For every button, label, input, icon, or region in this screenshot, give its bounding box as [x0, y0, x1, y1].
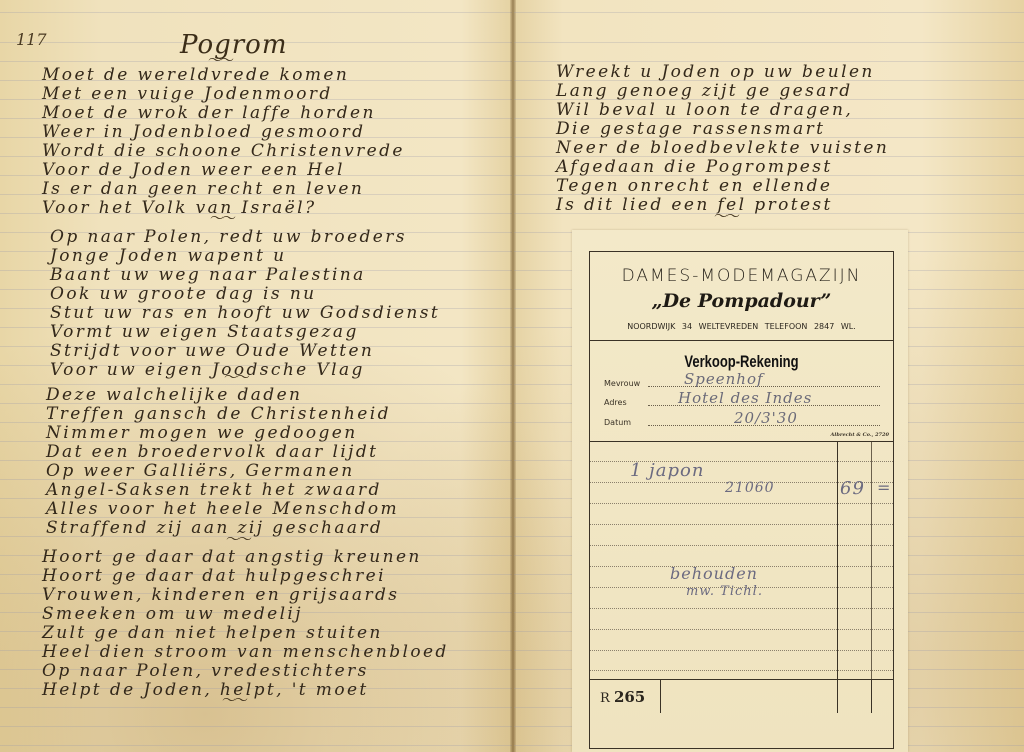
- poem-line: Deze walchelijke daden: [46, 386, 399, 405]
- receipt-frame: DAMES-MODEMAGAZIJN „De Pompadour” NOORDW…: [589, 251, 894, 749]
- poem-line: Moet de wereldvrede komen: [42, 66, 405, 85]
- poem-line: Weer in Jodenbloed gesmoord: [42, 123, 405, 142]
- item-amount: 69: [840, 478, 865, 499]
- adres-field: Adres Hotel des Indes: [604, 393, 880, 407]
- receipt-number-value: 265: [614, 688, 645, 706]
- poem-line: Hoort ge daar dat angstig kreunen: [42, 548, 449, 567]
- poem-line: Heel dien stroom van menschenbloed: [42, 643, 449, 662]
- stanza-flourish: 〜〜: [210, 216, 234, 222]
- poem-line: Op weer Galliërs, Germanen: [46, 462, 399, 481]
- poem-line: Afgedaan die Pogrompest: [556, 158, 889, 177]
- receipt-city: WELTEVREDEN: [699, 322, 759, 331]
- receipt-phone: TELEFOON 2847 WL.: [765, 322, 856, 331]
- poem-line: Vormt uw eigen Staatsgezag: [50, 323, 440, 342]
- poem-line: Die gestage rassensmart: [556, 120, 889, 139]
- datum-field: Datum 20/3'30: [604, 413, 880, 427]
- poem-line: Op naar Polen, redt uw broeders: [50, 228, 440, 247]
- ledger-row: [590, 629, 893, 630]
- poem-line: Voor de Joden weer een Hel: [42, 161, 405, 180]
- cents-column-separator: [871, 442, 872, 679]
- poem-line: Wil beval u loon te dragen,: [556, 101, 889, 120]
- footer-separator: [871, 679, 872, 713]
- ledger-row: [590, 670, 893, 671]
- poem-line: Zult ge dan niet helpen stuiten: [42, 624, 449, 643]
- receipt: DAMES-MODEMAGAZIJN „De Pompadour” NOORDW…: [572, 230, 908, 752]
- poem-line: Neer de bloedbevlekte vuisten: [556, 139, 889, 158]
- poem-line: Jonge Joden wapent u: [50, 247, 440, 266]
- poem-line: Hoort ge daar dat hulpgeschrei: [42, 567, 449, 586]
- receipt-footer-divider: [590, 679, 893, 680]
- mevrouw-label: Mevrouw: [604, 379, 640, 388]
- footer-separator: [837, 679, 838, 713]
- poem-line: Smeeken om uw medelij: [42, 605, 449, 624]
- poem-line: Tegen onrecht en ellende: [556, 177, 889, 196]
- end-flourish: 〜〜: [714, 214, 738, 220]
- stanza-4: Hoort ge daar dat angstig kreunen Hoort …: [42, 548, 449, 700]
- receipt-number-prefix: R: [600, 691, 610, 706]
- poem-line: Ook uw groote dag is nu: [50, 285, 440, 304]
- datum-label: Datum: [604, 418, 631, 427]
- stanza-1: Moet de wereldvrede komen Met een vuige …: [42, 66, 405, 218]
- stanza-flourish: 〜〜: [224, 375, 248, 381]
- ledger-row: [590, 545, 893, 546]
- receipt-divider: [590, 340, 893, 341]
- note-line-2: mw. Tichl.: [686, 584, 763, 599]
- stanza-flourish: 〜〜: [226, 537, 250, 543]
- stanza-3: Deze walchelijke daden Treffen gansch de…: [46, 386, 399, 538]
- item-description: 1 japon: [630, 460, 704, 481]
- receipt-address: NOORDWIJK 34 WELTEVREDEN TELEFOON 2847 W…: [590, 322, 893, 331]
- mevrouw-field: Mevrouw Speenhof: [604, 374, 880, 388]
- datum-value: 20/3'30: [734, 409, 798, 427]
- receipt-title: Verkoop-Rekening: [590, 352, 893, 371]
- adres-label: Adres: [604, 398, 627, 407]
- receipt-company: DAMES-MODEMAGAZIJN: [590, 266, 893, 286]
- dotted-line: [648, 386, 880, 387]
- poem-line: Met een vuige Jodenmoord: [42, 85, 405, 104]
- notebook-spread: 117 Pogrom 〜〜 Moet de wereldvrede komen …: [0, 0, 1024, 752]
- end-flourish: 〜〜: [222, 698, 246, 704]
- receipt-shop-name: „De Pompadour”: [590, 290, 893, 312]
- stanza-5: Wreekt u Joden op uw beulen Lang genoeg …: [556, 63, 889, 215]
- receipt-number: R 265: [600, 688, 645, 706]
- poem-line: Alles voor het heele Menschdom: [46, 500, 399, 519]
- note-line-1: behouden: [670, 564, 758, 583]
- stanza-2: Op naar Polen, redt uw broeders Jonge Jo…: [50, 228, 440, 380]
- poem-line: Angel-Saksen trekt het zwaard: [46, 481, 399, 500]
- footer-separator: [660, 679, 661, 713]
- ledger-row: [590, 524, 893, 525]
- poem-line: Strijdt voor uwe Oude Wetten: [50, 342, 440, 361]
- printer-imprint: Albrecht & Co., 2720: [831, 432, 889, 438]
- poem-line: Baant uw weg naar Palestina: [50, 266, 440, 285]
- poem-line: Straffend zij aan zij geschaard: [46, 519, 399, 538]
- poem-line: Dat een broedervolk daar lijdt: [46, 443, 399, 462]
- receipt-divider: [590, 441, 893, 442]
- item-code: 21060: [725, 480, 775, 496]
- left-page: 117 Pogrom 〜〜 Moet de wereldvrede komen …: [0, 0, 512, 752]
- ledger-row: [590, 608, 893, 609]
- poem-title: Pogrom: [180, 30, 287, 60]
- adres-value: Hotel des Indes: [678, 389, 812, 407]
- poem-line: Wordt die schoone Christenvrede: [42, 142, 405, 161]
- item-cents: =: [877, 478, 891, 497]
- poem-line: Wreekt u Joden op uw beulen: [556, 63, 889, 82]
- title-flourish: 〜〜: [208, 58, 232, 64]
- poem-line: Vrouwen, kinderen en grijsaards: [42, 586, 449, 605]
- receipt-street: NOORDWIJK 34: [627, 322, 692, 331]
- ledger-row: [590, 650, 893, 651]
- ledger-row: [590, 503, 893, 504]
- poem-line: Op naar Polen, vredestichters: [42, 662, 449, 681]
- poem-line: Stut uw ras en hooft uw Godsdienst: [50, 304, 440, 323]
- poem-line: Treffen gansch de Christenheid: [46, 405, 399, 424]
- mevrouw-value: Speenhof: [684, 370, 764, 388]
- poem-line: Moet de wrok der laffe horden: [42, 104, 405, 123]
- poem-line: Is er dan geen recht en leven: [42, 180, 405, 199]
- page-number: 117: [16, 30, 47, 49]
- amount-column-separator: [837, 442, 838, 679]
- poem-line: Nimmer mogen we gedoogen: [46, 424, 399, 443]
- poem-line: Lang genoeg zijt ge gesard: [556, 82, 889, 101]
